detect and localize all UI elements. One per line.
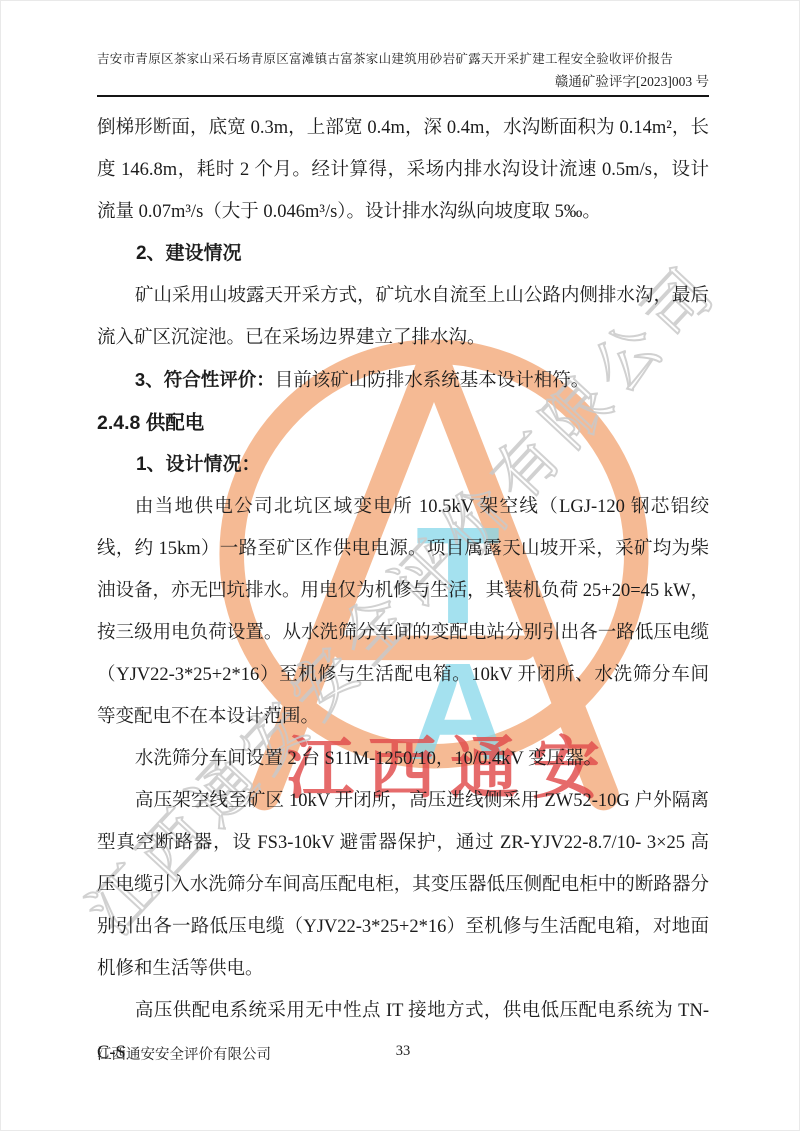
- subsection-heading: 1、设计情况：: [97, 444, 709, 486]
- paragraph: 倒梯形断面，底宽 0.3m，上部宽 0.4m，深 0.4m，水沟断面积为 0.1…: [97, 107, 709, 233]
- page-number: 33: [97, 1043, 709, 1060]
- document-page: TA 江西通安 江西通安安全评价有限公司 吉安市青原区茶家山采石场青原区富滩镇古…: [0, 0, 800, 1131]
- report-title: 吉安市青原区茶家山采石场青原区富滩镇古富茶家山建筑用砂岩矿露天开采扩建工程安全验…: [97, 49, 709, 67]
- document-number: 赣通矿验评字[2023]003 号: [97, 70, 709, 97]
- paragraph: 矿山采用山坡露天开采方式，矿坑水自流至上山公路内侧排水沟，最后流入矿区沉淀池。已…: [97, 275, 709, 359]
- paragraph: 由当地供电公司北坑区域变电所 10.5kV 架空线（LGJ-120 钢芯铝绞线，…: [97, 486, 709, 738]
- paragraph: 高压架空线至矿区 10kV 开闭所，高压进线侧采用 ZW52-10G 户外隔离型…: [97, 780, 709, 990]
- section-heading: 2.4.8 供配电: [97, 402, 709, 444]
- subsection-heading: 2、建设情况: [97, 233, 709, 275]
- document-body: 倒梯形断面，底宽 0.3m，上部宽 0.4m，深 0.4m，水沟断面积为 0.1…: [97, 107, 709, 1074]
- paragraph: 水洗筛分车间设置 2 台 S11M-1250/10，10/0.4kV 变压器。: [97, 738, 709, 780]
- page-header: 吉安市青原区茶家山采石场青原区富滩镇古富茶家山建筑用砂岩矿露天开采扩建工程安全验…: [97, 49, 709, 97]
- text-run: 目前该矿山防排水系统基本设计相符。: [275, 371, 590, 391]
- paragraph: 3、符合性评价：目前该矿山防排水系统基本设计相符。: [97, 359, 709, 402]
- heading-run: 3、符合性评价：: [135, 369, 275, 390]
